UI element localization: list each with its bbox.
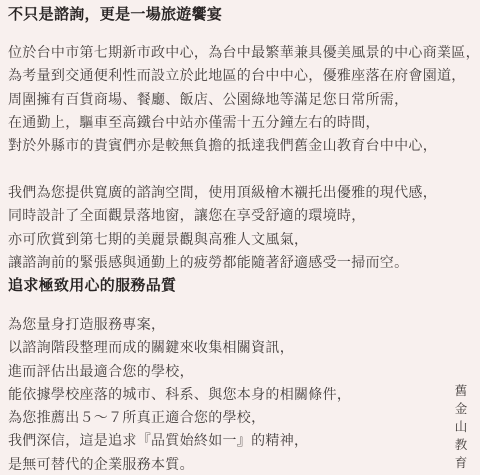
vertical-brand-watermark: 舊金山教育 xyxy=(451,384,469,474)
text-line: 位於台中市第七期新市政中心，為台中最繁華兼具優美風景的中心商業區， xyxy=(8,41,480,64)
text-line: 為您量身打造服務專案， xyxy=(8,313,351,336)
text-line: 讓諮詢前的緊張感與通勤上的疲勞都能隨著舒適感受一掃而空。 xyxy=(8,251,437,274)
text-line: 以諮詢階段整理而成的關鍵來收集相關資訊， xyxy=(8,336,351,359)
article-page: 不只是諮詢，更是一場旅遊饗宴 位於台中市第七期新市政中心，為台中最繁華兼具優美風… xyxy=(0,0,480,475)
text-line: 為您推薦出５～７所真正適合您的學校， xyxy=(8,406,351,429)
text-line: 進而評估出最適合您的學校， xyxy=(8,360,351,383)
text-line: 為考量到交通便利性而設立於此地區的台中中心，優雅座落在府會園道， xyxy=(8,64,480,87)
text-line: 我們為您提供寬廣的諮詢空間，使用頂級檜木襯托出優雅的現代感， xyxy=(8,181,437,204)
section-heading-travel-feast: 不只是諮詢，更是一場旅遊饗宴 xyxy=(8,6,222,24)
section-heading-service-quality: 追求極致用心的服務品質 xyxy=(8,277,176,295)
paragraph-service: 為您量身打造服務專案， 以諮詢階段整理而成的關鍵來收集相關資訊， 進而評估出最適… xyxy=(8,313,351,475)
text-line: 在通勤上，驅車至高鐵台中站亦僅需十五分鐘左右的時間， xyxy=(8,111,480,134)
text-line: 我們深信，這是追求『品質始終如一』的精神， xyxy=(8,429,351,452)
paragraph-space: 我們為您提供寬廣的諮詢空間，使用頂級檜木襯托出優雅的現代感， 同時設計了全面觀景… xyxy=(8,181,437,274)
text-line: 同時設計了全面觀景落地窗，讓您在享受舒適的環境時， xyxy=(8,204,437,227)
text-line: 周圍擁有百貨商場、餐廳、飯店、公園綠地等滿足您日常所需， xyxy=(8,88,480,111)
text-line: 能依據學校座落的城市、科系、與您本身的相關條件， xyxy=(8,383,351,406)
text-line: 對於外縣市的貴賓們亦是較無負擔的抵達我們舊金山教育台中中心， xyxy=(8,134,480,157)
text-line: 是無可替代的企業服務本質。 xyxy=(8,453,351,475)
paragraph-location: 位於台中市第七期新市政中心，為台中最繁華兼具優美風景的中心商業區， 為考量到交通… xyxy=(8,41,480,157)
text-line: 亦可欣賞到第七期的美麗景觀與高雅人文風氣， xyxy=(8,228,437,251)
